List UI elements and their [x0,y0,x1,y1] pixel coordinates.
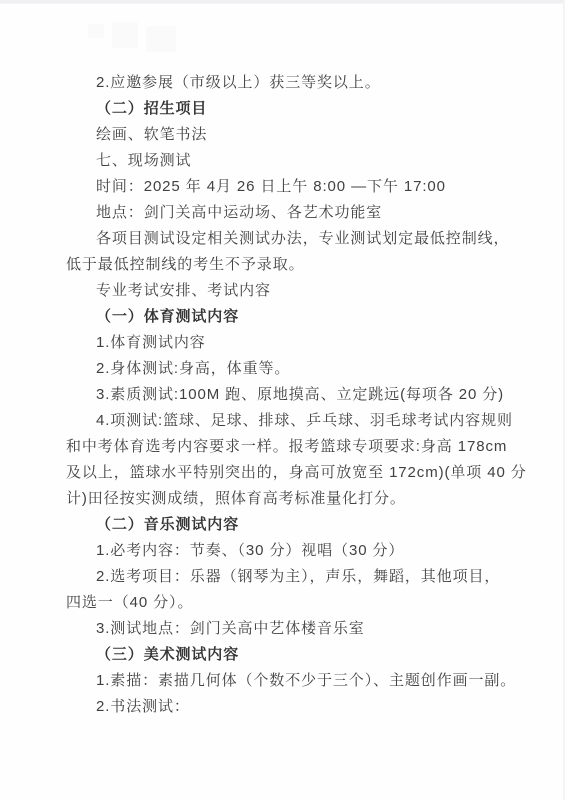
text-line: 七、现场测试 [66,148,521,174]
document-page: 2.应邀参展（市级以上）获三等奖以上。（二）招生项目绘画、软笔书法七、现场测试时… [0,0,565,800]
watermark-blob [88,24,104,38]
text-line: 1.素描：素描几何体（个数不少于三个）、主题创作画一副。 [66,668,521,694]
section-heading: （一）体育测试内容 [66,304,521,330]
top-edge-bar [0,0,565,4]
text-line: 各项目测试设定相关测试办法，专业测试划定最低控制线， [66,226,521,252]
text-line: 2.应邀参展（市级以上）获三等奖以上。 [66,70,521,96]
text-line: 四选一（40 分）。 [66,590,521,616]
text-line: 低于最低控制线的考生不予录取。 [66,252,521,278]
text-line: 时间：2025 年 4月 26 日上午 8:00 —下午 17:00 [66,174,521,200]
text-line: 和中考体育选考内容要求一样。报考篮球专项要求:身高 178cm [66,434,521,460]
text-line: 3.素质测试:100M 跑、原地摸高、立定跳远(每项各 20 分) [66,382,521,408]
text-line: 地点：剑门关高中运动场、各艺术功能室 [66,200,521,226]
watermark-blob [112,22,138,48]
text-line: 及以上，篮球水平特别突出的，身高可放宽至 172cm)(单项 40 分 [66,460,521,486]
watermark-blob [146,26,176,52]
text-line: 计)田径按实测成绩，照体育高考标准量化打分。 [66,486,521,512]
text-line: 4.项测试:篮球、足球、排球、乒乓球、羽毛球考试内容规则 [66,408,521,434]
text-line: 2.选考项目：乐器（钢琴为主），声乐，舞蹈，其他项目， [66,564,521,590]
section-heading: （二）音乐测试内容 [66,512,521,538]
text-line: 1.必考内容：节奏、（30 分）视唱（30 分） [66,538,521,564]
text-line: 3.测试地点：剑门关高中艺体楼音乐室 [66,616,521,642]
text-line: 1.体育测试内容 [66,330,521,356]
text-line: 2.身体测试:身高，体重等。 [66,356,521,382]
section-heading: （二）招生项目 [66,96,521,122]
document-body: 2.应邀参展（市级以上）获三等奖以上。（二）招生项目绘画、软笔书法七、现场测试时… [0,70,565,720]
section-heading: （三）美术测试内容 [66,642,521,668]
text-line: 专业考试安排、考试内容 [66,278,521,304]
text-line: 2.书法测试： [66,694,521,720]
faint-watermark [88,22,188,56]
text-line: 绘画、软笔书法 [66,122,521,148]
